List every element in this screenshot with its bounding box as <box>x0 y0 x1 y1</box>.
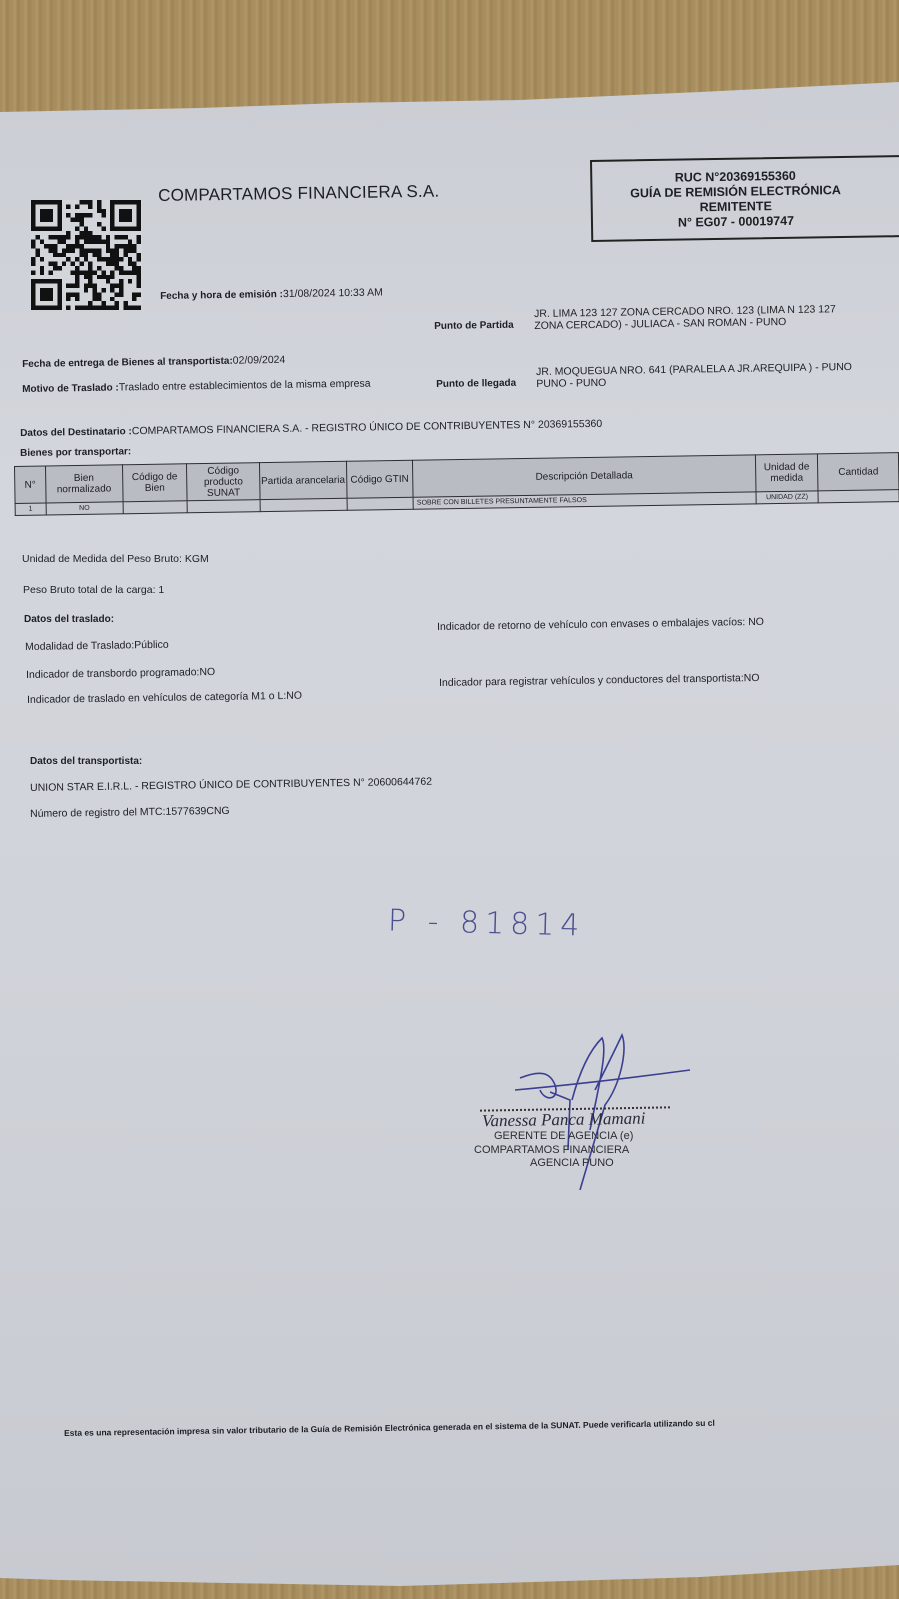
punto-partida: Punto de Partida <box>434 315 514 334</box>
col-bien-normalizado: Bien normalizado <box>45 465 122 503</box>
col-cantidad: Cantidad <box>818 453 899 491</box>
punto-llegada: Punto de llegada <box>436 373 516 392</box>
col-gtin: Código GTIN <box>346 460 413 498</box>
signer-role: GERENTE DE AGENCIA (e) <box>494 1130 633 1142</box>
ruc-box: RUC N°20369155360 GUÍA DE REMISIÓN ELECT… <box>590 155 899 242</box>
bienes-title: Bienes por transportar: <box>20 446 131 459</box>
signature-block: Vanessa Panca Mamani GERENTE DE AGENCIA … <box>480 1030 710 1190</box>
col-n: N° <box>15 466 46 503</box>
qr-code-icon <box>30 200 142 310</box>
col-codigo-bien: Código de Bien <box>122 464 187 502</box>
transportista-title: Datos del transportista: <box>30 756 142 767</box>
col-unidad: Unidad de medida <box>755 454 818 492</box>
punto-partida-value: JR. LIMA 123 127 ZONA CERCADO NRO. 123 (… <box>534 303 836 332</box>
col-partida: Partida arancelaria <box>259 461 346 499</box>
doc-number: N° EG07 - 00019747 <box>593 212 879 231</box>
signer-name: Vanessa Panca Mamani <box>482 1109 646 1132</box>
modalidad-traslado: Modalidad de Traslado:Público <box>25 639 169 653</box>
col-descripcion: Descripción Detallada <box>413 455 756 497</box>
signer-company: COMPARTAMOS FINANCIERA <box>474 1144 629 1156</box>
peso-bruto: Peso Bruto total de la carga: 1 <box>23 584 164 596</box>
punto-llegada-value: JR. MOQUEGUA NRO. 641 (PARALELA A JR.ARE… <box>536 361 852 390</box>
signer-agency: AGENCIA PUNO <box>530 1157 614 1169</box>
traslado-title: Datos del traslado: <box>24 614 114 625</box>
emission-datetime: Fecha y hora de emisión :31/08/2024 10:3… <box>160 283 383 304</box>
handwritten-annotation: P - 81814 <box>388 903 586 943</box>
unidad-peso: Unidad de Medida del Peso Bruto: KGM <box>22 553 209 565</box>
col-codigo-sunat: Código producto SUNAT <box>187 463 260 501</box>
